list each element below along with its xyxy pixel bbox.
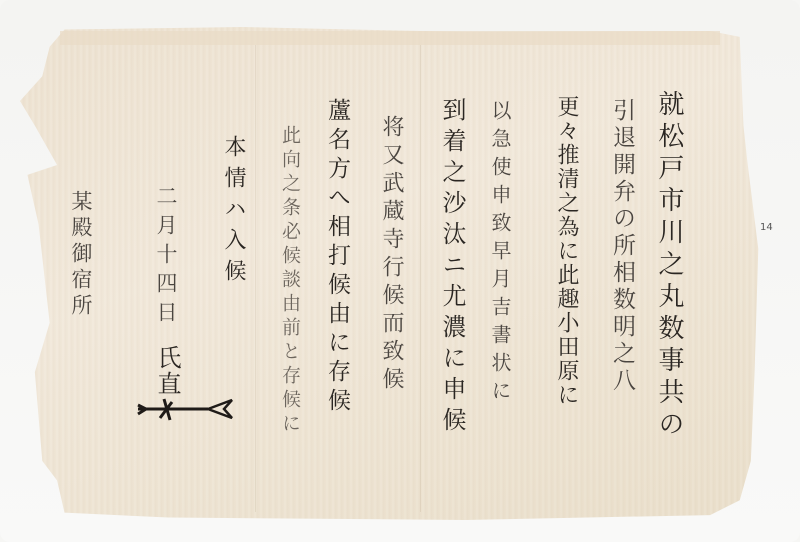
addressee-line: 某殿御宿所 <box>70 190 91 320</box>
text-column-9: 本情ハ入候 <box>222 135 244 290</box>
text-column-6: 将又武蔵寺行候而致候 <box>380 115 402 395</box>
text-column-7: 蘆名方へ相打候由に存候 <box>325 98 348 417</box>
paper-top-fold <box>60 31 720 45</box>
text-column-4: 以急使申致早月吉書状に <box>490 100 510 408</box>
text-column-3: 更々推清之為に此趣小田原に <box>555 95 577 407</box>
text-column-2: 引退開弁の所相数明之八 <box>610 98 633 395</box>
text-column-8: 此向之条必候談由前と存候に <box>280 125 299 437</box>
date-line: 二月十四日 <box>155 185 176 330</box>
kao-signature-mark <box>136 396 236 422</box>
folio-number: 14 <box>760 222 773 233</box>
text-column-1: 就松戸市川之丸数事共の <box>656 90 682 442</box>
text-column-5: 到着之沙汰ニ尤濃に申候 <box>440 97 464 438</box>
paper-crease <box>420 45 421 512</box>
signature-name: 氏直 <box>155 345 179 397</box>
paper-crease <box>255 45 256 512</box>
